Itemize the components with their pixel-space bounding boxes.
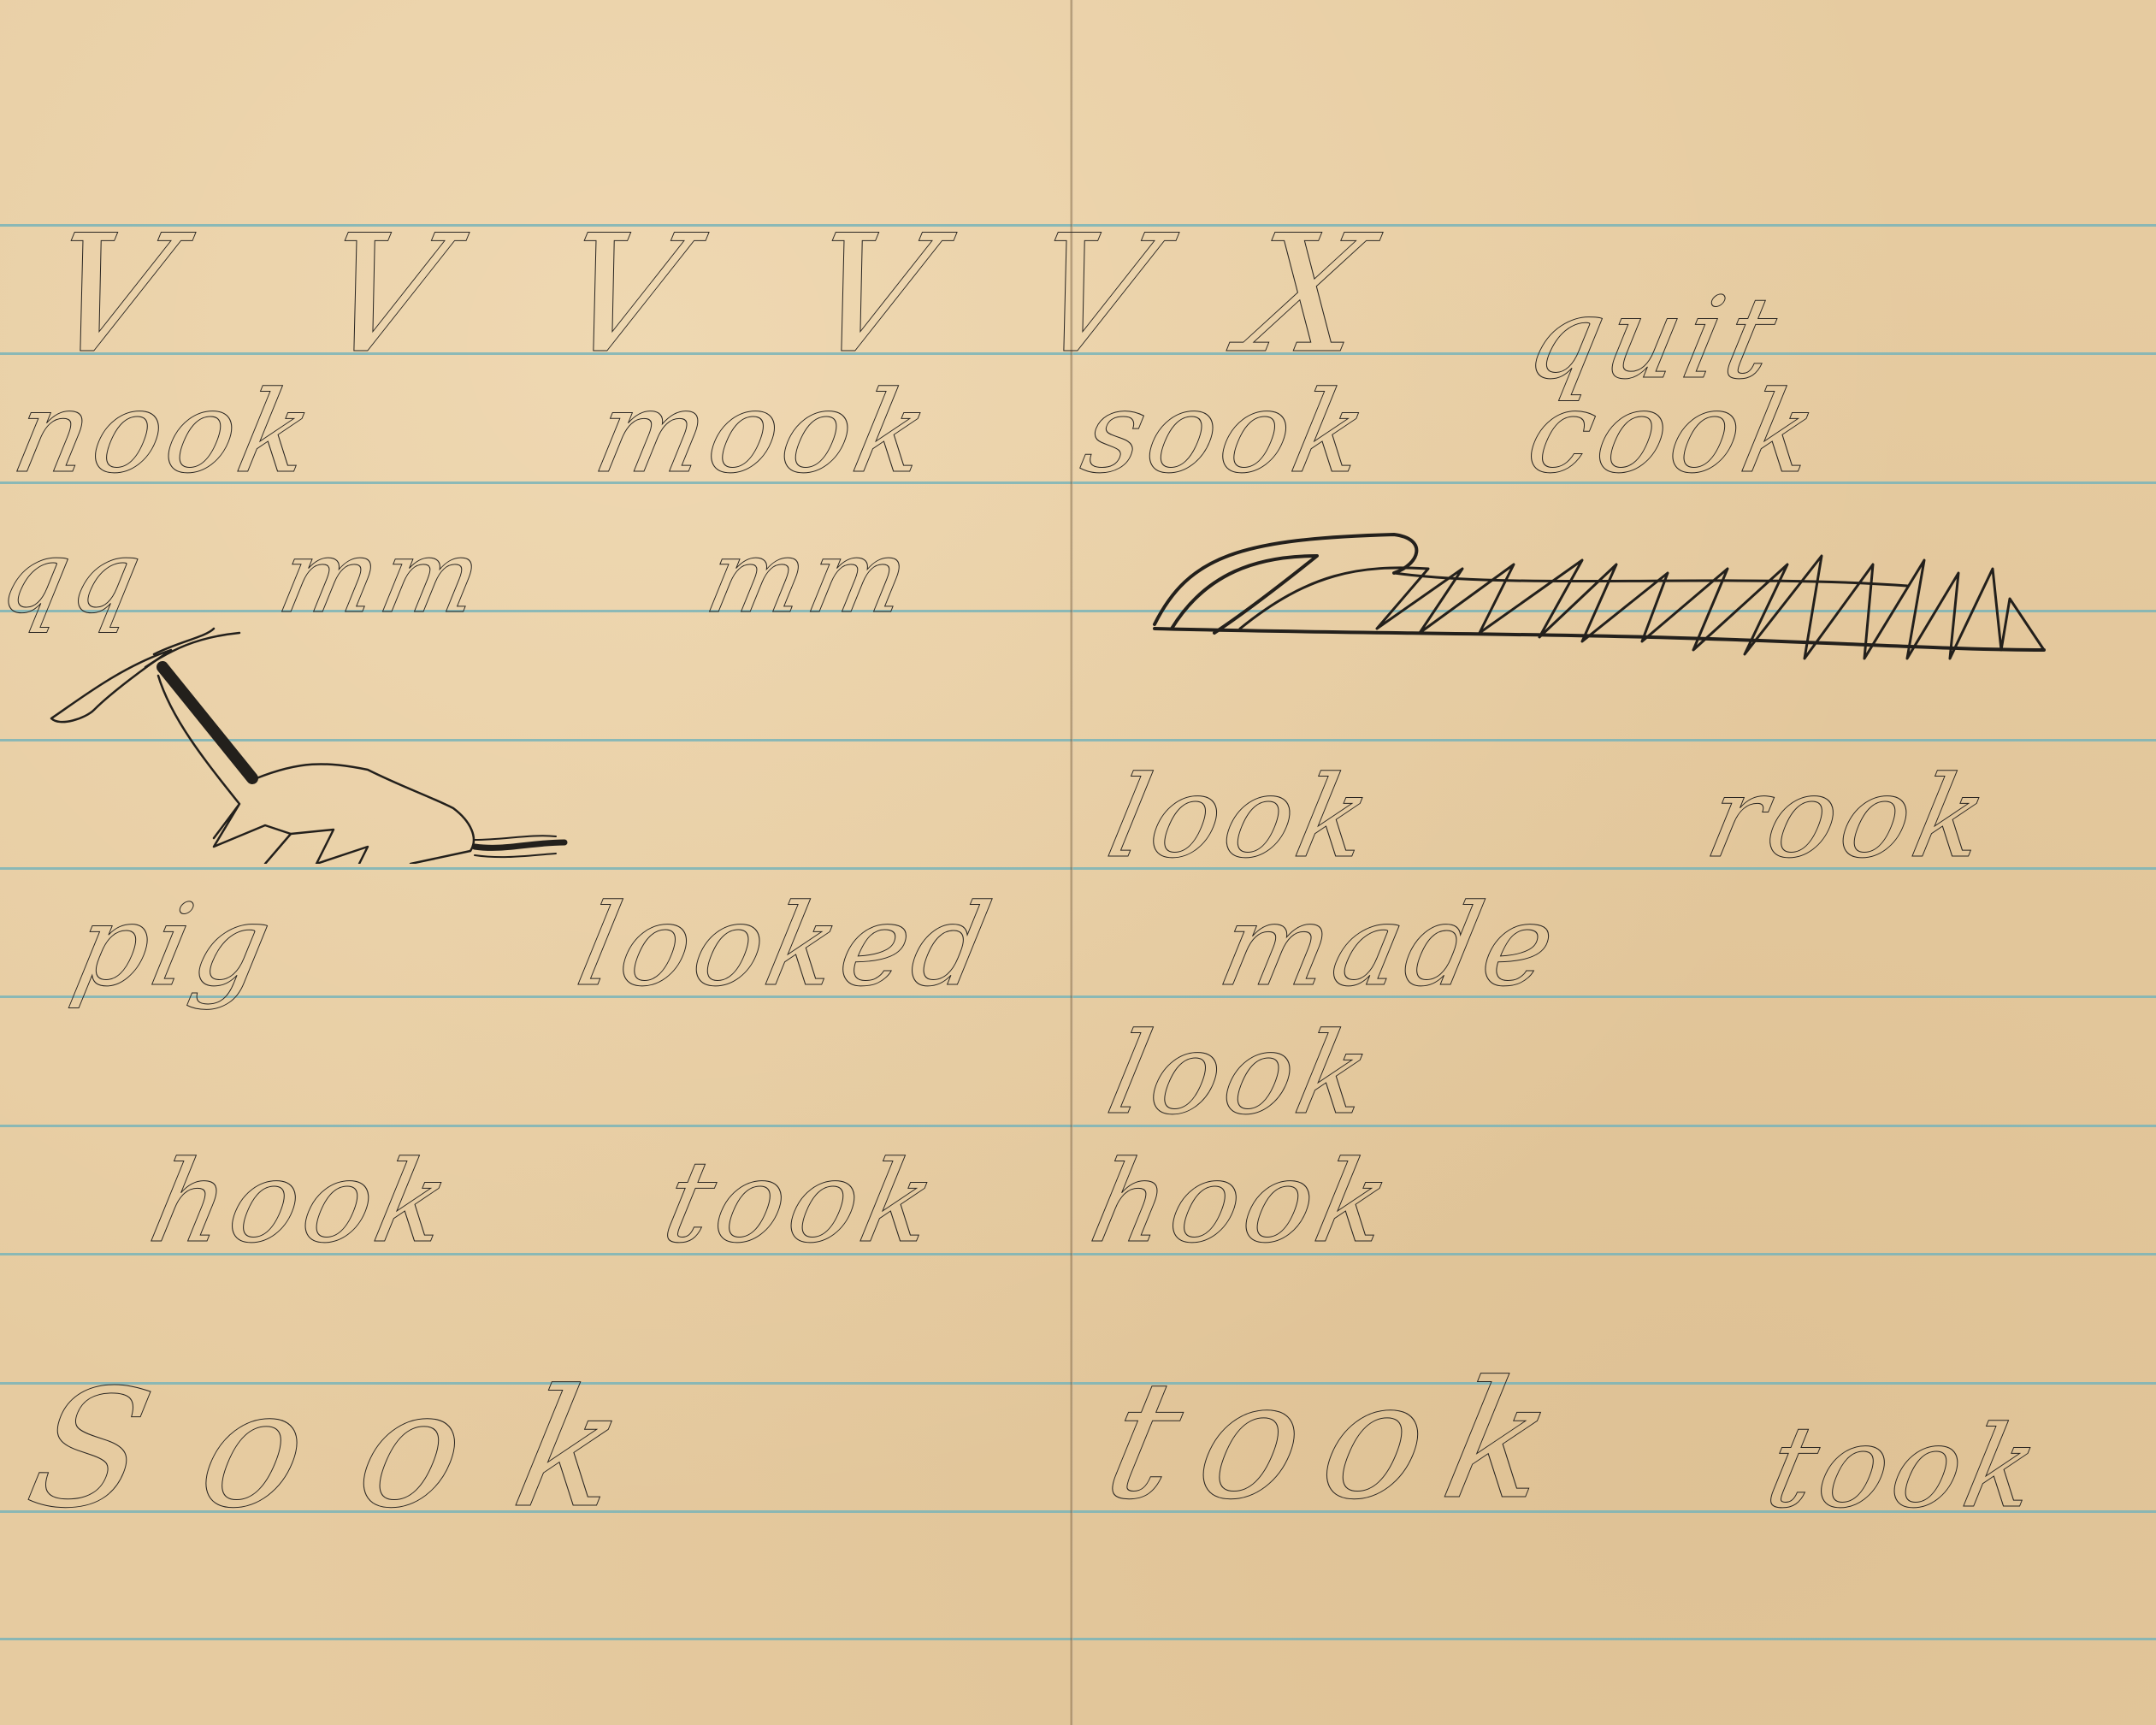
handwritten-word: looked — [570, 889, 1004, 1002]
handwritten-word: took — [1095, 1360, 1592, 1522]
handwritten-word: qq — [0, 526, 155, 627]
handwritten-word: mook — [587, 376, 942, 489]
handwritten-word: rook — [1698, 761, 2001, 874]
handwritten-word: mm — [271, 526, 494, 627]
handwritten-word: pig — [65, 889, 285, 1002]
scribbled-out-text — [1137, 522, 2156, 676]
handwritten-word: look — [1100, 761, 1385, 874]
handwritten-word: Sook — [17, 1368, 696, 1531]
handwritten-word: hook — [1083, 1146, 1404, 1259]
horse-sketch — [43, 616, 573, 864]
handwritten-word: mm — [699, 526, 922, 627]
handwritten-word: nook — [5, 376, 327, 489]
handwritten-word: look — [1100, 1018, 1385, 1131]
handwritten-word: cook — [1519, 376, 1831, 489]
handwritten-word: made — [1211, 889, 1569, 1002]
ruled-line — [0, 1638, 2156, 1640]
ruled-line — [0, 1125, 2156, 1127]
handwritten-word: took — [1758, 1411, 2053, 1524]
handwritten-word: took — [655, 1146, 949, 1259]
ruled-line — [0, 995, 2156, 998]
handwritten-word: hook — [142, 1146, 464, 1259]
handwritten-word: sook — [1074, 376, 1381, 489]
